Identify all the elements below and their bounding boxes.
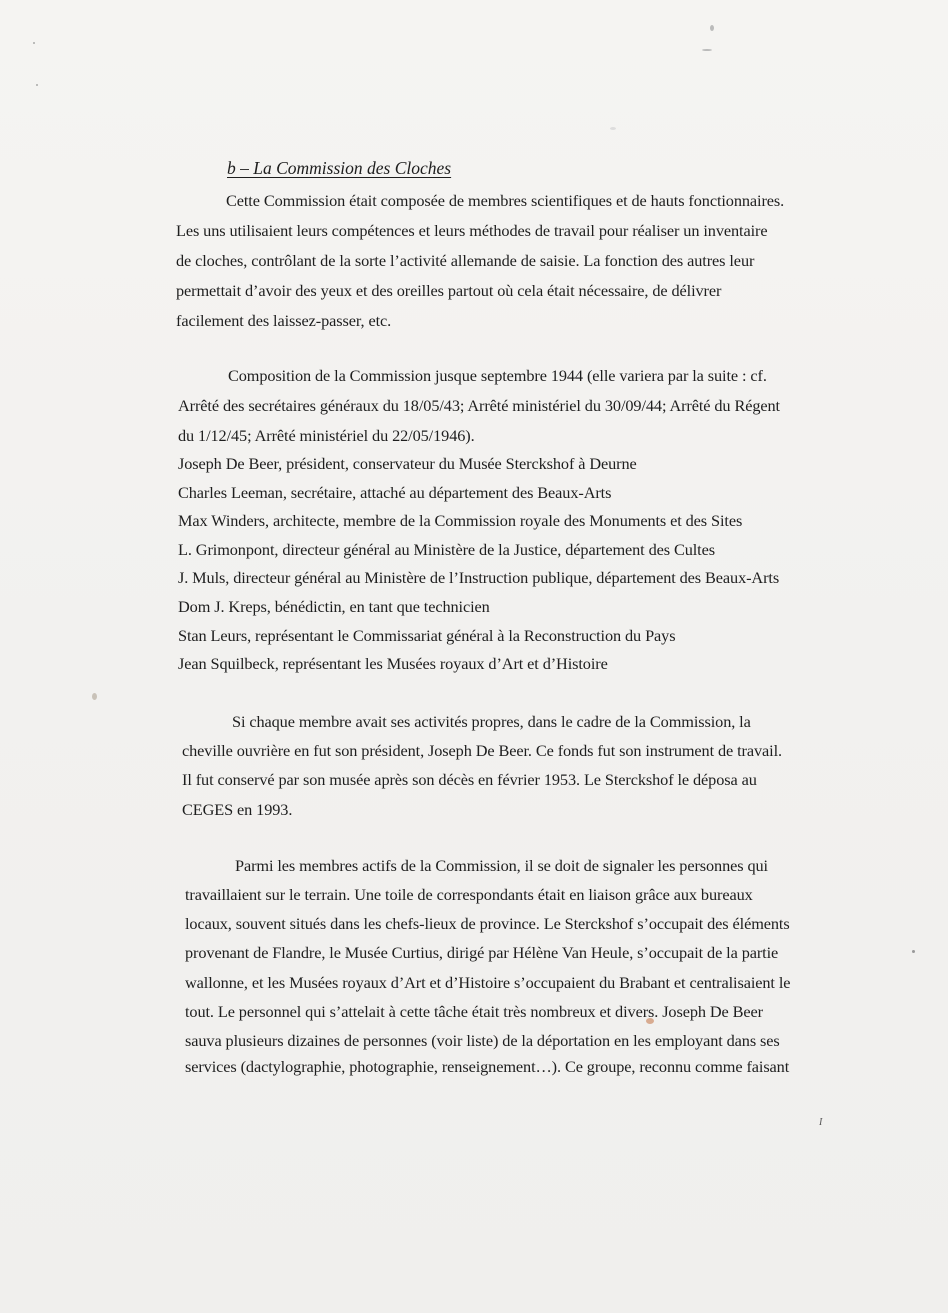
page-number-mark: I — [819, 1117, 822, 1128]
paragraph-1-line: facilement des laissez-passer, etc. — [176, 311, 391, 331]
paragraph-3-line: Il fut conservé par son musée après son … — [182, 770, 757, 790]
paragraph-4-line: tout. Le personnel qui s’attelait à cett… — [185, 1002, 763, 1022]
paragraph-4-line: sauva plusieurs dizaines de personnes (v… — [185, 1031, 780, 1051]
member-item: L. Grimonpont, directeur général au Mini… — [178, 540, 715, 560]
paragraph-2-line: Composition de la Commission jusque sept… — [228, 366, 767, 386]
paragraph-4-line: Parmi les membres actifs de la Commissio… — [235, 856, 768, 876]
member-item: Dom J. Kreps, bénédictin, en tant que te… — [178, 597, 490, 617]
member-item: Max Winders, architecte, membre de la Co… — [178, 511, 742, 531]
paragraph-4-line: services (dactylographie, photographie, … — [185, 1057, 789, 1077]
scan-speck — [33, 42, 35, 44]
paragraph-2-line: Arrêté des secrétaires généraux du 18/05… — [178, 396, 780, 416]
section-heading: b – La Commission des Cloches — [227, 158, 451, 179]
paragraph-1-line: Cette Commission était composée de membr… — [226, 191, 784, 211]
scan-speck — [710, 25, 714, 31]
scan-speck — [912, 950, 915, 953]
scan-speck — [702, 49, 712, 51]
paragraph-1-line: permettait d’avoir des yeux et des oreil… — [176, 281, 721, 301]
paragraph-3-line: cheville ouvrière en fut son président, … — [182, 741, 782, 761]
member-item: Charles Leeman, secrétaire, attaché au d… — [178, 483, 611, 503]
scan-speck — [92, 693, 97, 700]
member-item: Jean Squilbeck, représentant les Musées … — [178, 654, 608, 674]
paragraph-4-line: wallonne, et les Musées royaux d’Art et … — [185, 973, 790, 993]
member-item: Stan Leurs, représentant le Commissariat… — [178, 626, 675, 646]
scan-speck — [36, 84, 38, 86]
paragraph-3-line: Si chaque membre avait ses activités pro… — [232, 712, 751, 732]
paragraph-4-line: locaux, souvent situés dans les chefs-li… — [185, 914, 790, 934]
paragraph-3-line: CEGES en 1993. — [182, 800, 292, 820]
paragraph-4-line: travaillaient sur le terrain. Une toile … — [185, 885, 753, 905]
member-item: J. Muls, directeur général au Ministère … — [178, 568, 779, 588]
scanned-page: b – La Commission des Cloches Cette Comm… — [0, 0, 948, 1313]
paragraph-4-line: provenant de Flandre, le Musée Curtius, … — [185, 943, 778, 963]
paragraph-1-line: de cloches, contrôlant de la sorte l’act… — [176, 251, 754, 271]
paragraph-1-line: Les uns utilisaient leurs compétences et… — [176, 221, 767, 241]
member-item: Joseph De Beer, président, conservateur … — [178, 454, 637, 474]
paragraph-2-line: du 1/12/45; Arrêté ministériel du 22/05/… — [178, 426, 475, 446]
scan-speck — [610, 127, 616, 130]
